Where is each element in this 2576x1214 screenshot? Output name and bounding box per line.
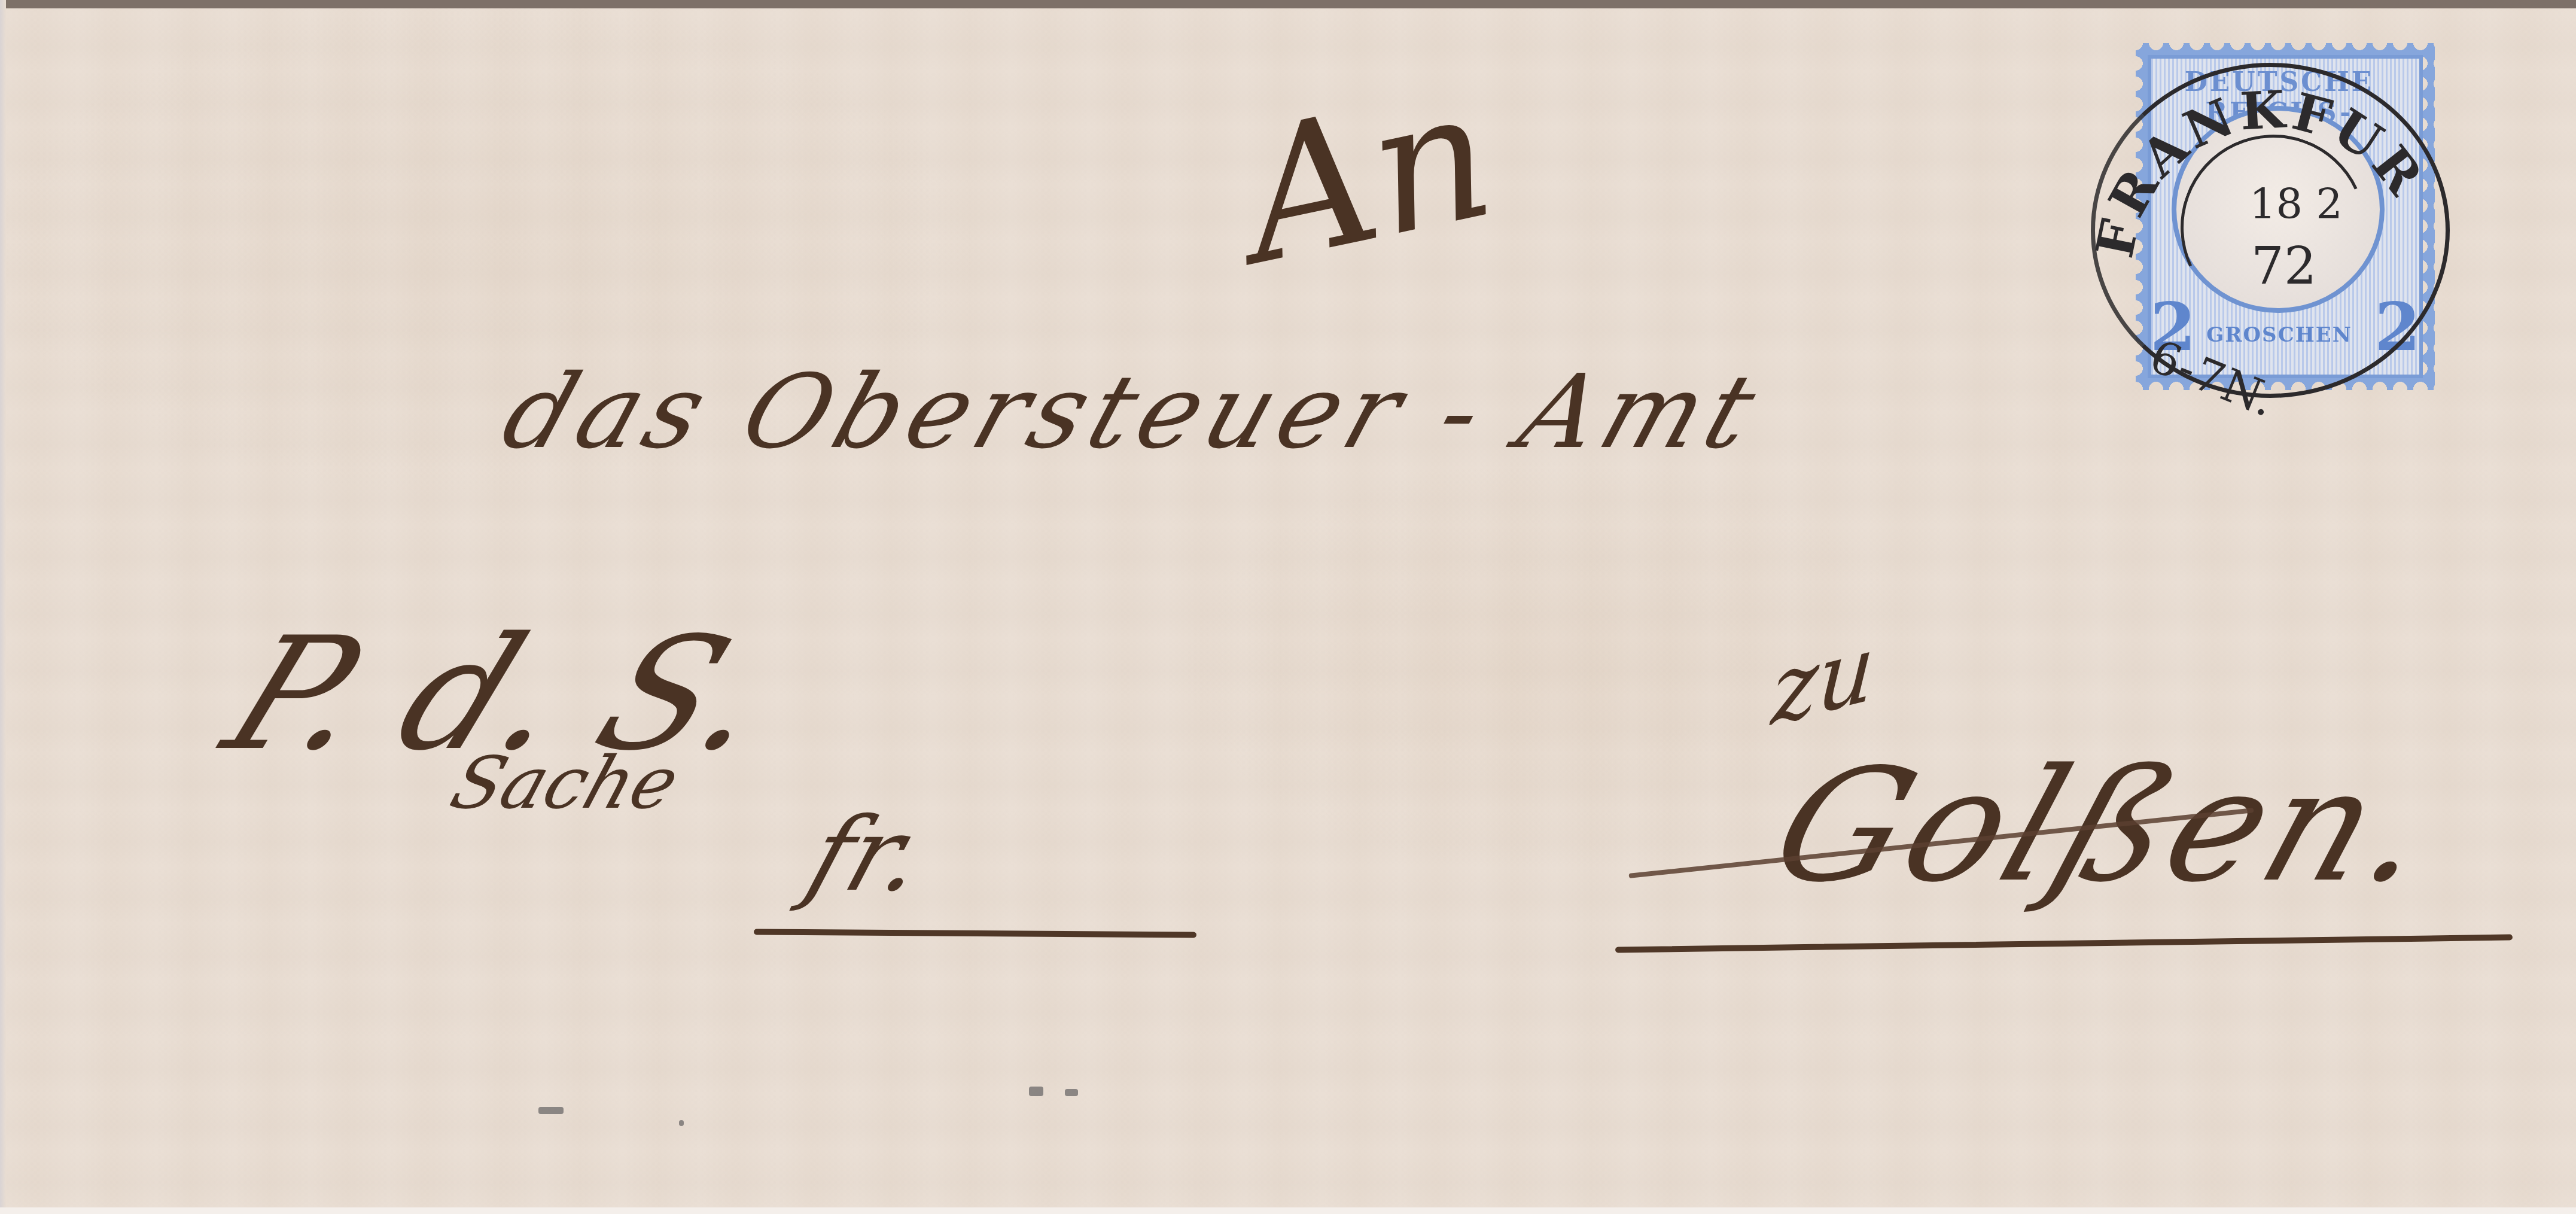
service-endorsement-sub: Sache (441, 742, 689, 825)
postmark-cancel: FRANKFURT a.O. 18 2 72 6-7N. (2091, 63, 2450, 398)
address-recipient: das Obersteuer - Amt (489, 353, 1776, 471)
pencil-mark (679, 1120, 684, 1126)
pencil-mark (1029, 1087, 1043, 1096)
postmark-date-year: 72 (2251, 236, 2316, 296)
postmark-city: FRANKFURT a.O. (2091, 63, 2450, 398)
postmark-date-day: 18 2 (2249, 179, 2343, 229)
pencil-mark (538, 1107, 564, 1114)
pencil-mark (1065, 1089, 1078, 1096)
paper-left-edge (0, 0, 6, 1207)
svg-text:FRANKFURT a.O.: FRANKFURT a.O. (2091, 63, 2435, 263)
